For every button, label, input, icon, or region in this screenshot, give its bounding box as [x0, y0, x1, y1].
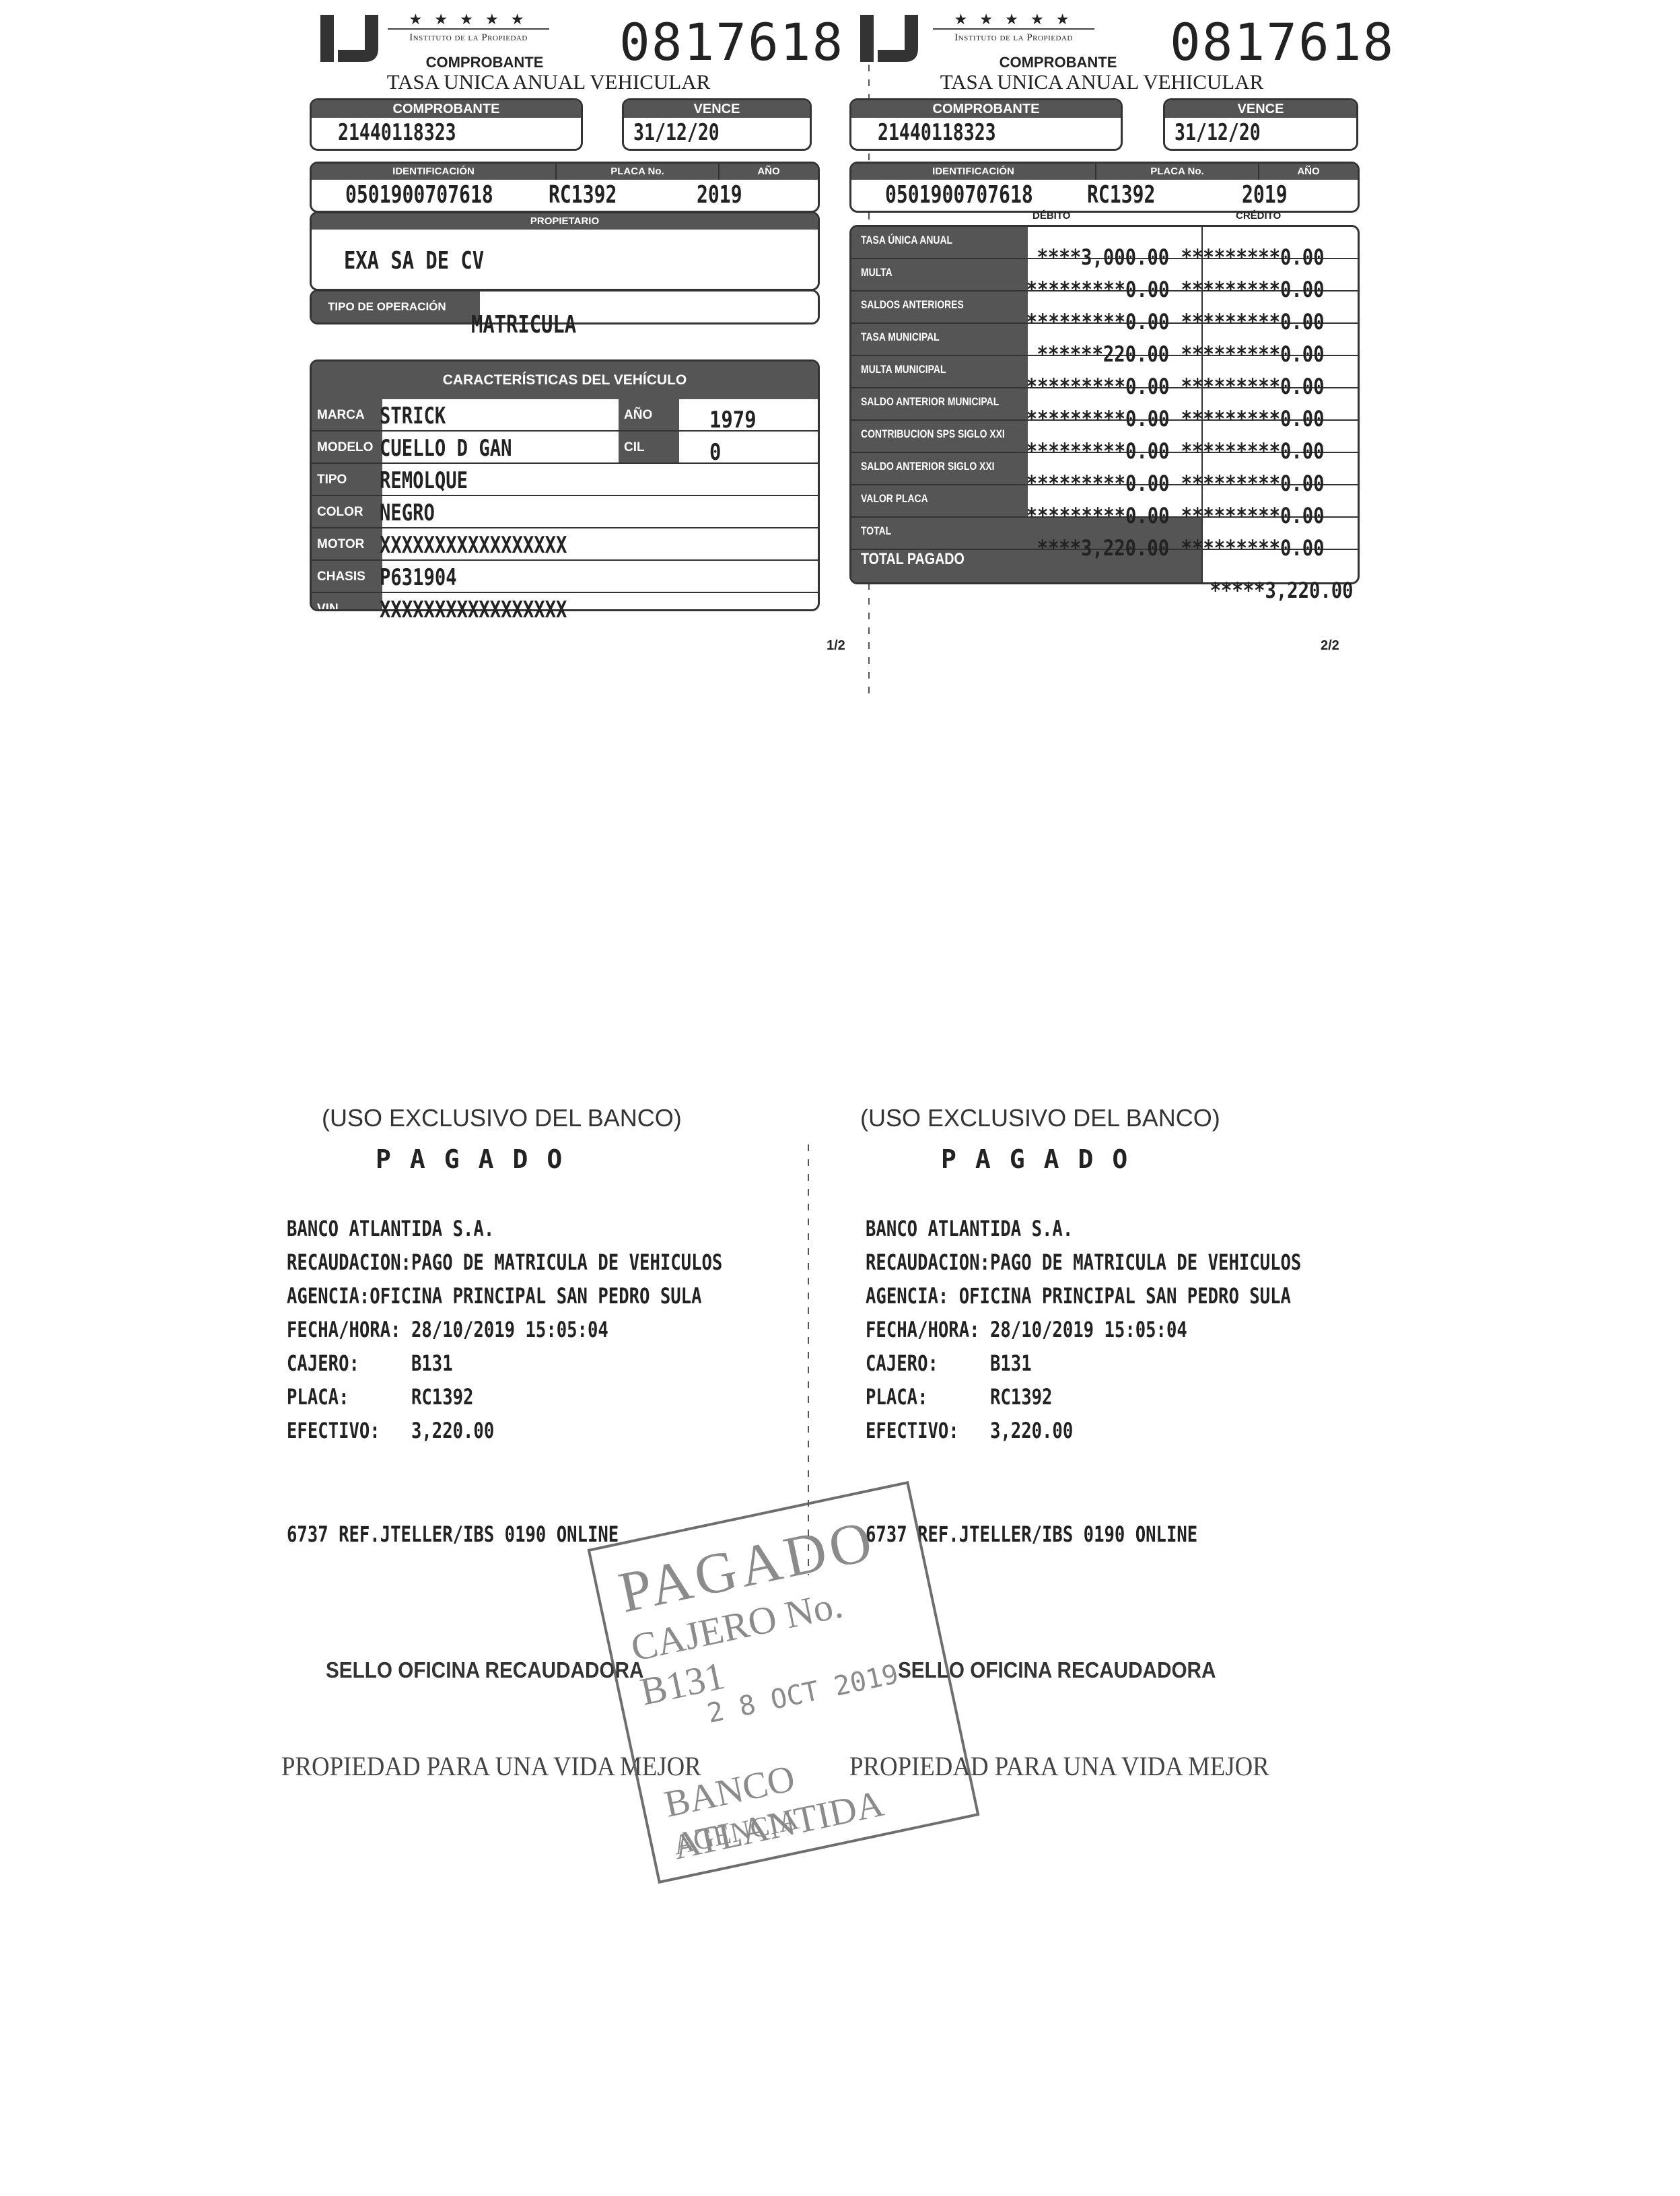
comprobante-subtitle: COMPROBANTE — [384, 54, 586, 71]
field-label-marca: MARCA — [312, 399, 382, 432]
field-value-color: NEGRO — [380, 500, 435, 526]
charge-label: MULTA — [861, 266, 893, 279]
credito-amount: *********0.00 — [1181, 406, 1324, 432]
placa-value: RC1392 — [549, 181, 617, 209]
identificacion-value: 0501900707618 — [345, 181, 493, 209]
paid-stamp: PAGADO CAJERO No. B131 2 8 OCT 2019 BANC… — [588, 1481, 980, 1884]
credito-amount: *********0.00 — [1181, 277, 1324, 302]
credito-amount: *********0.00 — [1181, 374, 1324, 399]
identification-box: IDENTIFICACIÓN PLACA No. AÑO 05019007076… — [849, 162, 1360, 213]
characteristics-label-column: MARCA MODELO TIPO COLOR MOTOR CHASIS VIN — [312, 399, 382, 609]
field-value-chasis: P631904 — [380, 564, 457, 591]
stars-icon: ★ ★ ★ ★ ★ — [933, 12, 1094, 27]
placa-label: PLACA No. — [557, 164, 718, 180]
comprobante-subtitle: COMPROBANTE — [957, 54, 1159, 71]
institution-header: ★ ★ ★ ★ ★ Instituto de la Propiedad — [933, 12, 1094, 44]
identificacion-label: IDENTIFICACIÓN — [312, 164, 555, 180]
comprobante-box: COMPROBANTE 21440118323 — [310, 98, 583, 151]
stars-icon: ★ ★ ★ ★ ★ — [388, 12, 549, 27]
vence-box: VENCE 31/12/20 — [622, 98, 812, 151]
credito-amount: *********0.00 — [1181, 535, 1324, 561]
institution-header: ★ ★ ★ ★ ★ Instituto de la Propiedad — [388, 12, 549, 44]
vence-label: VENCE — [624, 100, 810, 118]
receipt-card-right: ★ ★ ★ ★ ★ Instituto de la Propiedad 0817… — [849, 0, 1388, 673]
vence-label: VENCE — [1165, 100, 1356, 118]
vence-box: VENCE 31/12/20 — [1163, 98, 1358, 151]
anio-label: AÑO — [720, 164, 818, 180]
bank-reference: 6737 REF.JTELLER/IBS 0190 ONLINE — [287, 1521, 619, 1547]
debito-amount: *********0.00 — [1026, 503, 1169, 528]
bank-exclusive-label: (USO EXCLUSIVO DEL BANCO) — [860, 1104, 1220, 1132]
pagado-label: PAGADO — [376, 1144, 581, 1174]
charge-label: MULTA MUNICIPAL — [861, 363, 946, 376]
propietario-value: EXA SA DE CV — [344, 247, 484, 275]
propietario-label: PROPIETARIO — [312, 213, 818, 230]
field-label-motor: MOTOR — [312, 528, 382, 561]
charge-label: TASA ÚNICA ANUAL — [861, 234, 952, 247]
field-value-modelo: CUELLO D GAN — [380, 435, 512, 462]
credito-amount: *********0.00 — [1181, 438, 1324, 464]
credito-amount: *********0.00 — [1181, 244, 1324, 270]
field-label-cil: CIL — [619, 432, 679, 464]
anio-label: AÑO — [1259, 164, 1358, 180]
vence-value: 31/12/20 — [1165, 118, 1315, 147]
charge-label: SALDO ANTERIOR MUNICIPAL — [861, 395, 999, 409]
debito-amount: ****3,220.00 — [1037, 535, 1169, 561]
field-label-tipo: TIPO — [312, 464, 382, 496]
ip-logo-icon — [860, 15, 918, 62]
charge-label: VALOR PLACA — [861, 492, 928, 506]
anio-value: 2019 — [697, 181, 742, 209]
debito-amount: ****3,000.00 — [1037, 244, 1169, 270]
anio-cil-label-column: AÑO CIL — [619, 399, 679, 464]
credito-header: CRÉDITO — [1236, 210, 1281, 221]
bank-transaction-details: BANCO ATLANTIDA S.A. RECAUDACION:PAGO DE… — [866, 1212, 1301, 1447]
field-value-tipo: REMOLQUE — [380, 467, 468, 494]
field-value-anio: 1979 — [709, 407, 757, 434]
placa-label: PLACA No. — [1096, 164, 1258, 180]
field-value-cil: 0 — [709, 439, 721, 466]
institution-name: Instituto de la Propiedad — [933, 32, 1094, 44]
field-value-motor: XXXXXXXXXXXXXXXXX — [380, 532, 567, 559]
field-label-color: COLOR — [312, 496, 382, 528]
field-value-vin: XXXXXXXXXXXXXXXXX — [380, 596, 567, 623]
charge-label: TOTAL — [861, 524, 891, 538]
field-label-anio: AÑO — [619, 399, 679, 432]
debito-amount: *********0.00 — [1026, 309, 1169, 335]
comprobante-label: COMPROBANTE — [312, 100, 581, 118]
serial-number: 0817618 — [1170, 12, 1395, 72]
credito-amount: *********0.00 — [1181, 471, 1324, 496]
document-title: TASA UNICA ANUAL VEHICULAR — [310, 70, 788, 94]
charge-label: SALDOS ANTERIORES — [861, 298, 964, 312]
identificacion-value: 0501900707618 — [885, 181, 1033, 209]
charge-label: SALDO ANTERIOR SIGLO XXI — [861, 460, 995, 473]
pagado-label: PAGADO — [941, 1144, 1146, 1174]
placa-value: RC1392 — [1087, 181, 1155, 209]
field-label-modelo: MODELO — [312, 432, 382, 464]
tipo-operacion-value: MATRICULA — [471, 311, 576, 339]
sello-label: SELLO OFICINA RECAUDADORA — [326, 1657, 643, 1683]
comprobante-value: 21440118323 — [312, 118, 522, 147]
charge-label: TASA MUNICIPAL — [861, 331, 940, 344]
charges-table: TASA ÚNICA ANUAL****3,000.00*********0.0… — [849, 225, 1360, 584]
comprobante-box: COMPROBANTE 21440118323 — [849, 98, 1123, 151]
credito-amount: *********0.00 — [1181, 503, 1324, 528]
vence-value: 31/12/20 — [624, 118, 769, 147]
field-label-vin: VIN — [312, 593, 382, 611]
comprobante-label: COMPROBANTE — [851, 100, 1121, 118]
debito-amount: *********0.00 — [1026, 277, 1169, 302]
debito-amount: ******220.00 — [1037, 341, 1169, 367]
bank-transaction-details: BANCO ATLANTIDA S.A. RECAUDACION:PAGO DE… — [287, 1212, 722, 1447]
debito-amount: *********0.00 — [1026, 438, 1169, 464]
debito-amount: *********0.00 — [1026, 374, 1169, 399]
debito-amount: *********0.00 — [1026, 406, 1169, 432]
debito-amount: *********0.00 — [1026, 471, 1169, 496]
field-label-chasis: CHASIS — [312, 561, 382, 593]
field-value-marca: STRICK — [380, 403, 446, 430]
bank-exclusive-label: (USO EXCLUSIVO DEL BANCO) — [322, 1104, 682, 1132]
propietario-box: PROPIETARIO EXA SA DE CV — [310, 211, 820, 291]
debito-header: DÉBITO — [1032, 210, 1070, 221]
comprobante-value: 21440118323 — [851, 118, 1061, 147]
credito-amount: *********0.00 — [1181, 309, 1324, 335]
tipo-operacion-label: TIPO DE OPERACIÓN — [312, 291, 480, 322]
total-pagado-label: TOTAL PAGADO — [861, 550, 965, 569]
document-title: TASA UNICA ANUAL VEHICULAR — [849, 70, 1354, 94]
characteristics-title: CARACTERÍSTICAS DEL VEHÍCULO — [312, 362, 818, 399]
ip-logo-icon — [320, 15, 378, 62]
identification-box: IDENTIFICACIÓN PLACA No. AÑO 05019007076… — [310, 162, 820, 213]
page-number-right: 2/2 — [1321, 638, 1339, 654]
total-pagado-amount: *****3,220.00 — [1210, 578, 1353, 603]
charge-label: CONTRIBUCION SPS SIGLO XXI — [861, 427, 1005, 441]
serial-number: 0817618 — [619, 12, 844, 72]
identificacion-label: IDENTIFICACIÓN — [851, 164, 1095, 180]
credito-amount: *********0.00 — [1181, 341, 1324, 367]
anio-value: 2019 — [1242, 181, 1288, 209]
receipt-card-left: ★ ★ ★ ★ ★ Instituto de la Propiedad 0817… — [310, 0, 848, 673]
page-number-left: 1/2 — [827, 638, 845, 654]
institution-name: Instituto de la Propiedad — [388, 32, 549, 44]
